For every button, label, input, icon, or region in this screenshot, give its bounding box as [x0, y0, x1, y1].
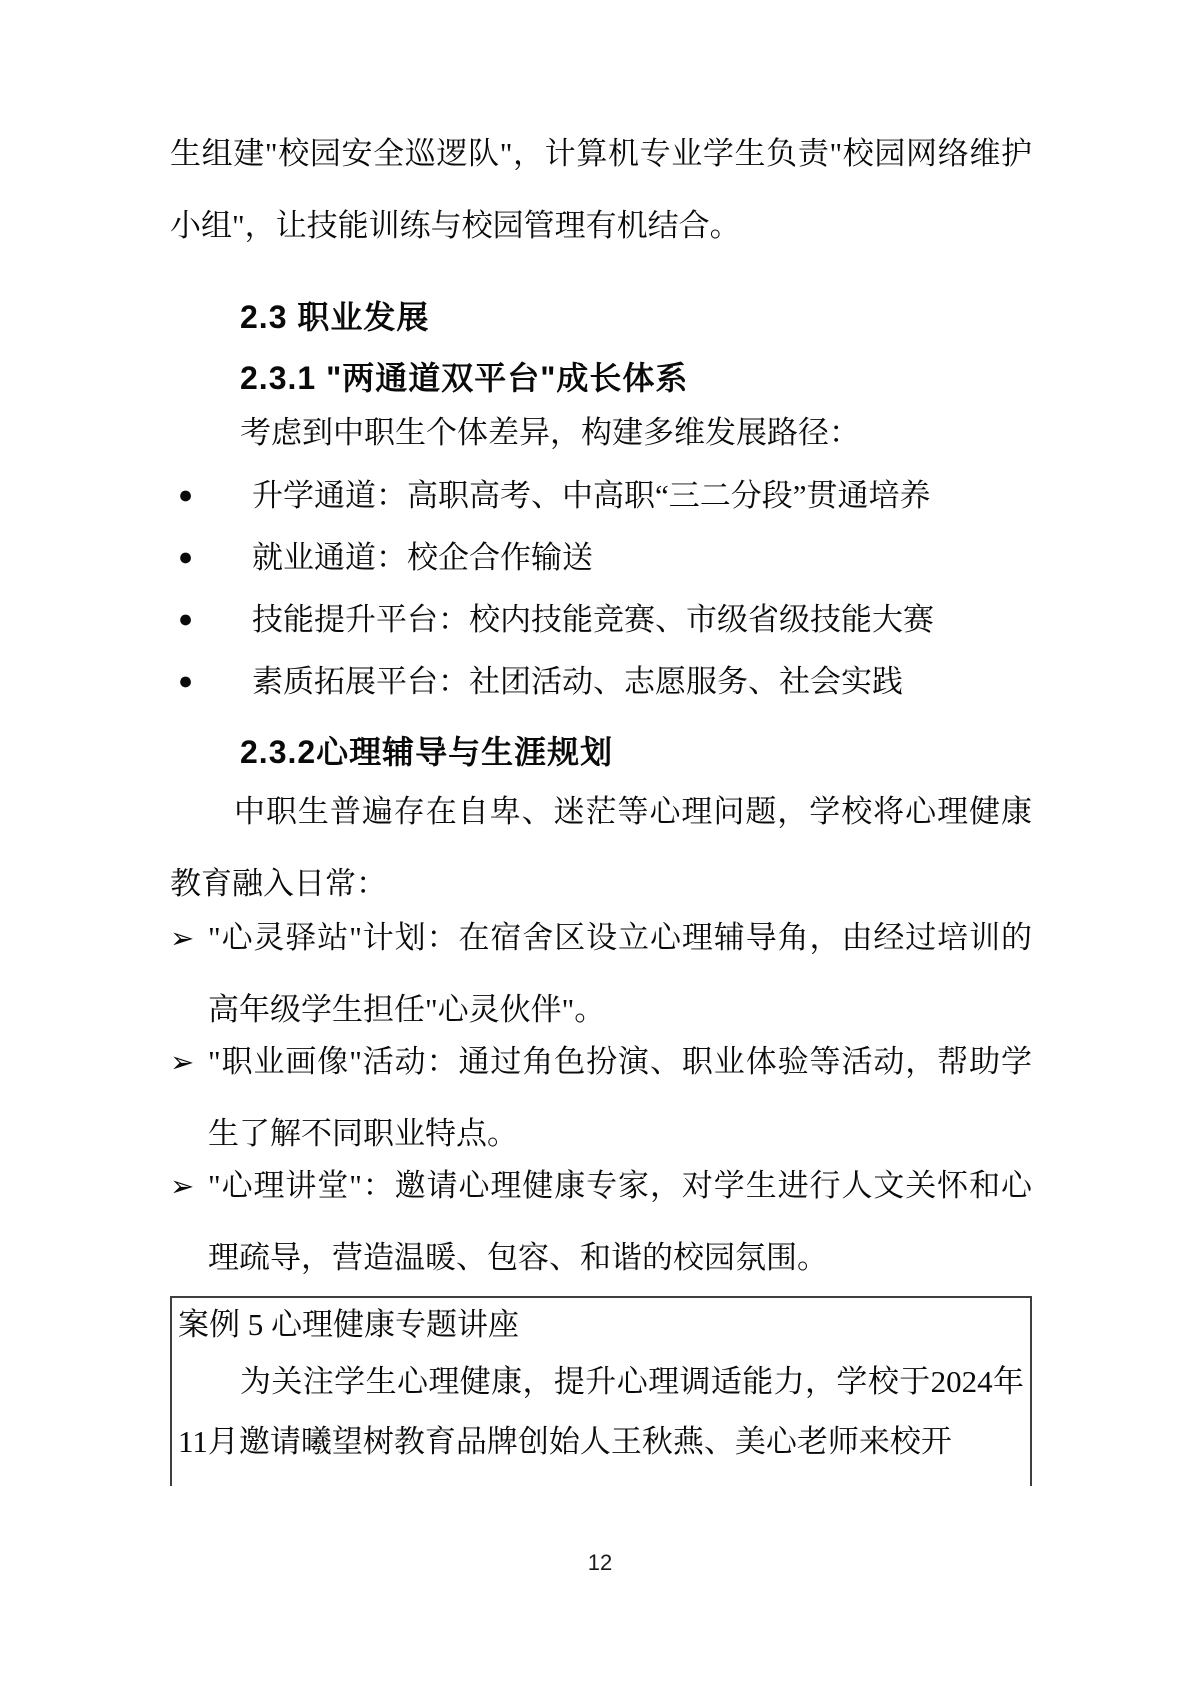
paragraph-2-3-1-lead: 考虑到中职生个体差异，构建多维发展路径： [240, 397, 860, 469]
arrowhead-bullet-icon: ➢ [170, 903, 194, 975]
bullet-item-label: 就业通道：校企合作输送 [252, 527, 1032, 589]
bullet-item-label: 升学通道：高职高考、中高职“三二分段”贯通培养 [252, 465, 1032, 527]
bullet-item-enrollment-channel: ● 升学通道：高职高考、中高职“三二分段”贯通培养 [170, 465, 1032, 527]
page-number: 12 [0, 1548, 1200, 1578]
arrow-item-mind-station: ➢ "心灵驿站"计划：在宿舍区设立心理辅导角，由经过培训的高年级学生担任"心灵伙… [170, 902, 1032, 1046]
arrowhead-bullet-icon: ➢ [170, 1151, 194, 1223]
intro-paragraph: 生组建"校园安全巡逻队"，计算机专业学生负责"校园网络维护小组"，让技能训练与校… [170, 118, 1032, 262]
arrow-item-psych-lecture: ➢ "心理讲堂"：邀请心理健康专家，对学生进行人文关怀和心理疏导，营造温暖、包容… [170, 1150, 1032, 1294]
disc-bullet-icon: ● [178, 465, 193, 527]
arrow-item-career-portrait: ➢ "职业画像"活动：通过角色扮演、职业体验等活动，帮助学生了解不同职业特点。 [170, 1026, 1032, 1170]
disc-bullet-icon: ● [178, 527, 193, 589]
bullet-item-label: 技能提升平台：校内技能竞赛、市级省级技能大赛 [252, 589, 1032, 651]
case-study-box: 案例 5 心理健康专题讲座 为关注学生心理健康，提升心理调适能力，学校于2024… [170, 1296, 1032, 1486]
bullet-item-employment-channel: ● 就业通道：校企合作输送 [170, 527, 1032, 589]
arrow-item-text: "职业画像"活动：通过角色扮演、职业体验等活动，帮助学生了解不同职业特点。 [208, 1044, 1032, 1151]
arrowhead-bullet-icon: ➢ [170, 1027, 194, 1099]
case-box-title: 案例 5 心理健康专题讲座 [178, 1298, 1030, 1352]
bullet-item-quality-platform: ● 素质拓展平台：社团活动、志愿服务、社会实践 [170, 651, 1032, 713]
document-page: { "doc": { "intro_paragraph": "生组建\"校园安全… [0, 0, 1200, 1697]
heading-2-3-2: 2.3.2心理辅导与生涯规划 [240, 722, 613, 783]
arrow-item-text: "心灵驿站"计划：在宿舍区设立心理辅导角，由经过培训的高年级学生担任"心灵伙伴"… [208, 920, 1032, 1027]
paragraph-2-3-2-lead: 中职生普遍存在自卑、迷茫等心理问题，学校将心理健康教育融入日常： [170, 776, 1032, 920]
bullet-item-skill-platform: ● 技能提升平台：校内技能竞赛、市级省级技能大赛 [170, 589, 1032, 651]
disc-bullet-icon: ● [178, 651, 193, 713]
bullet-item-label: 素质拓展平台：社团活动、志愿服务、社会实践 [252, 651, 1032, 713]
disc-bullet-icon: ● [178, 589, 193, 651]
heading-2-3: 2.3 职业发展 [240, 287, 429, 348]
arrow-item-text: "心理讲堂"：邀请心理健康专家，对学生进行人文关怀和心理疏导，营造温暖、包容、和… [208, 1168, 1032, 1275]
case-box-body: 为关注学生心理健康，提升心理调适能力，学校于2024年11月邀请曦望树教育品牌创… [178, 1352, 1024, 1472]
